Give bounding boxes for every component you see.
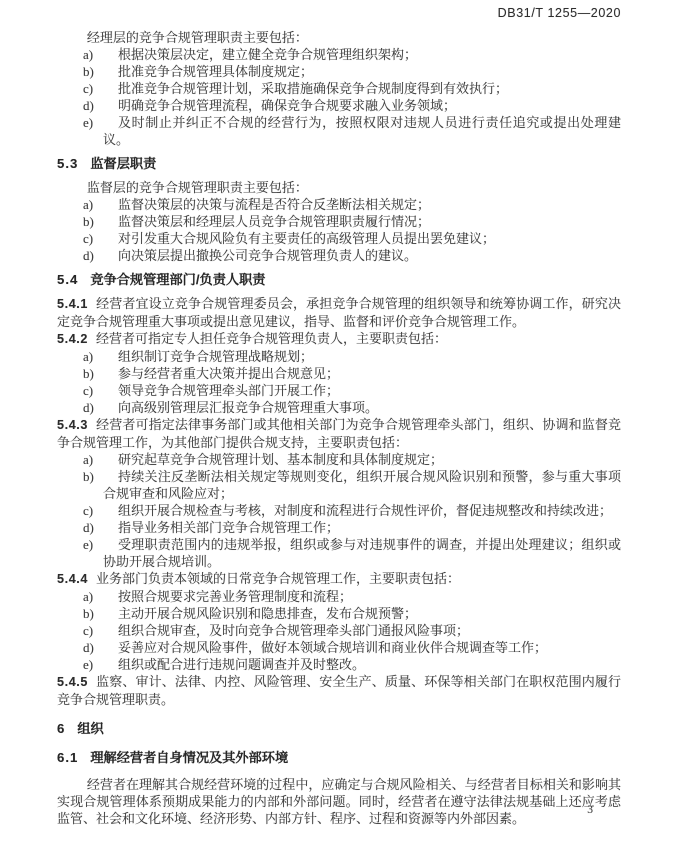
page-content: 经理层的竞争合规管理职责主要包括： a) 根据决策层决定，建立健全竞争合规管理组… <box>57 29 621 827</box>
list-item: a) 组织制订竞争合规管理战略规划； <box>57 348 621 365</box>
header-doc-code: DB31/T 1255—2020 <box>498 6 621 20</box>
list-item: b) 持续关注反垄断法相关规定等规则变化，组织开展合规风险识别和预警，参与重大事… <box>57 468 621 502</box>
list-item: a) 研究起草竞争合规管理计划、基本制度和具体制度规定； <box>57 451 621 468</box>
list-item-marker: a) <box>83 451 93 468</box>
list-item: a) 监督决策层的决策与流程是否符合反垄断法相关规定； <box>57 196 621 213</box>
list-item: c) 批准竞争合规管理计划，采取措施确保竞争合规制度得到有效执行； <box>57 80 621 97</box>
section-heading-6-1: 6.1理解经营者自身情况及其外部环境 <box>57 749 621 766</box>
clause-5-4-2: 5.4.2经营者可指定专人担任竞争合规管理负责人，主要职责包括： <box>57 330 621 348</box>
list-item: d) 向决策层提出撤换公司竞争合规管理负责人的建议。 <box>57 247 621 264</box>
list-item: d) 向高级别管理层汇报竞争合规管理重大事项。 <box>57 399 621 416</box>
list-item-marker: c) <box>83 382 93 399</box>
document-page: DB31/T 1255—2020 经理层的竞争合规管理职责主要包括： a) 根据… <box>0 0 678 854</box>
list-item: d) 明确竞争合规管理流程，确保竞争合规要求融入业务领域； <box>57 97 621 114</box>
list-item-marker: b) <box>83 605 94 622</box>
list-item-marker: b) <box>83 468 94 485</box>
list-item: e) 受理职责范围内的违规举报，组织或参与对违规事件的调查，并提出处理建议；组织… <box>57 536 621 570</box>
list-item-text: 对引发重大合规风险负有主要责任的高级管理人员提出罢免建议； <box>118 231 495 246</box>
list-item-marker: c) <box>83 230 93 247</box>
list-item-text: 按照合规要求完善业务管理制度和流程； <box>118 589 352 604</box>
list-item-marker: e) <box>83 656 93 673</box>
list-item: d) 指导业务相关部门竞争合规管理工作； <box>57 519 621 536</box>
list-item-text: 根据决策层决定，建立健全竞争合规管理组织架构； <box>118 47 417 62</box>
list-item-marker: d) <box>83 639 94 656</box>
list-item-text: 向决策层提出撤换公司竞争合规管理负责人的建议。 <box>118 248 417 263</box>
section-number: 6.1 <box>57 750 78 765</box>
list-item: c) 领导竞争合规管理牵头部门开展工作； <box>57 382 621 399</box>
list-item: b) 参与经营者重大决策并提出合规意见； <box>57 365 621 382</box>
list-item: e) 组织或配合进行违规问题调查并及时整改。 <box>57 656 621 673</box>
list-item-marker: c) <box>83 622 93 639</box>
section-title: 理解经营者自身情况及其外部环境 <box>90 750 288 765</box>
clause-number: 5.4.5 <box>57 675 88 689</box>
list-item-text: 向高级别管理层汇报竞争合规管理重大事项。 <box>118 400 378 415</box>
clause-5-4-3: 5.4.3经营者可指定法律事务部门或其他相关部门为竞争合规管理牵头部门，组织、协… <box>57 416 621 451</box>
list-item: d) 妥善应对合规风险事件，做好本领域合规培训和商业伙伴合规调查等工作； <box>57 639 621 656</box>
list-item-marker: d) <box>83 247 94 264</box>
section-title: 监督层职责 <box>90 156 156 171</box>
list-item-text: 主动开展合规风险识别和隐患排查，发布合规预警； <box>118 606 417 621</box>
list-item: b) 主动开展合规风险识别和隐患排查，发布合规预警； <box>57 605 621 622</box>
list-item-marker: e) <box>83 114 93 131</box>
clause-5-4-1: 5.4.1经营者宜设立竞争合规管理委员会，承担竞争合规管理的组织领导和统筹协调工… <box>57 295 621 330</box>
list-item-marker: a) <box>83 46 93 63</box>
list-item-text: 组织合规审查，及时向竞争合规管理牵头部门通报风险事项； <box>118 623 469 638</box>
list-item-text: 领导竞争合规管理牵头部门开展工作； <box>118 383 339 398</box>
clause-text: 经营者宜设立竞争合规管理委员会，承担竞争合规管理的组织领导和统筹协调工作，研究决… <box>57 296 621 329</box>
list-item-text: 妥善应对合规风险事件，做好本领域合规培训和商业伙伴合规调查等工作； <box>118 640 547 655</box>
list-item-text: 组织制订竞争合规管理战略规划； <box>118 349 313 364</box>
list-item-marker: a) <box>83 588 93 605</box>
list-item-marker: d) <box>83 399 94 416</box>
section-title: 组织 <box>77 721 103 736</box>
clause-5-4-4: 5.4.4业务部门负责本领域的日常竞争合规管理工作，主要职责包括： <box>57 570 621 588</box>
list-item-text: 及时制止并纠正不合规的经营行为，按照权限对违规人员进行责任追究或提出处理建议。 <box>103 115 621 147</box>
list-item: a) 按照合规要求完善业务管理制度和流程； <box>57 588 621 605</box>
clause-5-4-5: 5.4.5监察、审计、法律、内控、风险管理、安全生产、质量、环保等相关部门在职权… <box>57 673 621 708</box>
list-item-marker: e) <box>83 536 93 553</box>
list-item-text: 明确竞争合规管理流程，确保竞争合规要求融入业务领域； <box>118 98 456 113</box>
section-number: 5.4 <box>57 272 78 287</box>
section-number: 6 <box>57 721 65 736</box>
list-item-text: 批准竞争合规管理计划，采取措施确保竞争合规制度得到有效执行； <box>118 81 508 96</box>
list-item-marker: a) <box>83 348 93 365</box>
list-item-text: 批准竞争合规管理具体制度规定； <box>118 64 313 79</box>
list-item-marker: a) <box>83 196 93 213</box>
clause-number: 5.4.2 <box>57 332 88 346</box>
list-item-text: 参与经营者重大决策并提出合规意见； <box>118 366 339 381</box>
list-item: b) 监督决策层和经理层人员竞争合规管理职责履行情况； <box>57 213 621 230</box>
list-item-text: 研究起草竞争合规管理计划、基本制度和具体制度规定； <box>118 452 443 467</box>
list-item-text: 受理职责范围内的违规举报，组织或参与对违规事件的调查，并提出处理建议；组织或协助… <box>103 537 621 569</box>
list-item-marker: c) <box>83 502 93 519</box>
section-heading-5-4: 5.4竞争合规管理部门/负责人职责 <box>57 271 621 288</box>
list-item: e) 及时制止并纠正不合规的经营行为，按照权限对违规人员进行责任追究或提出处理建… <box>57 114 621 148</box>
clause-text: 经营者可指定专人担任竞争合规管理负责人，主要职责包括： <box>96 331 447 346</box>
list-item-marker: d) <box>83 519 94 536</box>
clause-text: 监察、审计、法律、内控、风险管理、安全生产、质量、环保等相关部门在职权范围内履行… <box>57 674 621 707</box>
section-heading-5-3: 5.3监督层职责 <box>57 155 621 172</box>
list-item-text: 持续关注反垄断法相关规定等规则变化，组织开展合规风险识别和预警，参与重大事项合规… <box>103 469 621 501</box>
section-title: 竞争合规管理部门/负责人职责 <box>90 272 265 287</box>
section-6-1-paragraph: 经营者在理解其合规经营环境的过程中，应确定与合规风险相关、与经营者目标相关和影响… <box>57 776 621 827</box>
supervisor-duties-intro: 监督层的竞争合规管理职责主要包括： <box>57 179 621 196</box>
list-item-text: 组织开展合规检查与考核，对制度和流程进行合规性评价，督促违规整改和持续改进； <box>118 503 612 518</box>
clause-number: 5.4.1 <box>57 297 88 311</box>
page-number: 3 <box>587 804 593 816</box>
list-item: c) 对引发重大合规风险负有主要责任的高级管理人员提出罢免建议； <box>57 230 621 247</box>
list-item-marker: b) <box>83 213 94 230</box>
list-item: c) 组织开展合规检查与考核，对制度和流程进行合规性评价，督促违规整改和持续改进… <box>57 502 621 519</box>
clause-text: 经营者可指定法律事务部门或其他相关部门为竞争合规管理牵头部门，组织、协调和监督竞… <box>57 417 621 450</box>
manager-duties-intro: 经理层的竞争合规管理职责主要包括： <box>57 29 621 46</box>
clause-number: 5.4.4 <box>57 572 88 586</box>
section-heading-6: 6组织 <box>57 720 621 737</box>
list-item-marker: b) <box>83 63 94 80</box>
clause-text: 业务部门负责本领域的日常竞争合规管理工作，主要职责包括： <box>96 571 460 586</box>
list-item: a) 根据决策层决定，建立健全竞争合规管理组织架构； <box>57 46 621 63</box>
list-item-text: 监督决策层的决策与流程是否符合反垄断法相关规定； <box>118 197 430 212</box>
list-item-text: 指导业务相关部门竞争合规管理工作； <box>118 520 339 535</box>
section-number: 5.3 <box>57 156 78 171</box>
list-item: c) 组织合规审查，及时向竞争合规管理牵头部门通报风险事项； <box>57 622 621 639</box>
list-item: b) 批准竞争合规管理具体制度规定； <box>57 63 621 80</box>
clause-number: 5.4.3 <box>57 418 88 432</box>
list-item-text: 监督决策层和经理层人员竞争合规管理职责履行情况； <box>118 214 430 229</box>
list-item-marker: c) <box>83 80 93 97</box>
list-item-marker: b) <box>83 365 94 382</box>
list-item-marker: d) <box>83 97 94 114</box>
list-item-text: 组织或配合进行违规问题调查并及时整改。 <box>118 657 365 672</box>
